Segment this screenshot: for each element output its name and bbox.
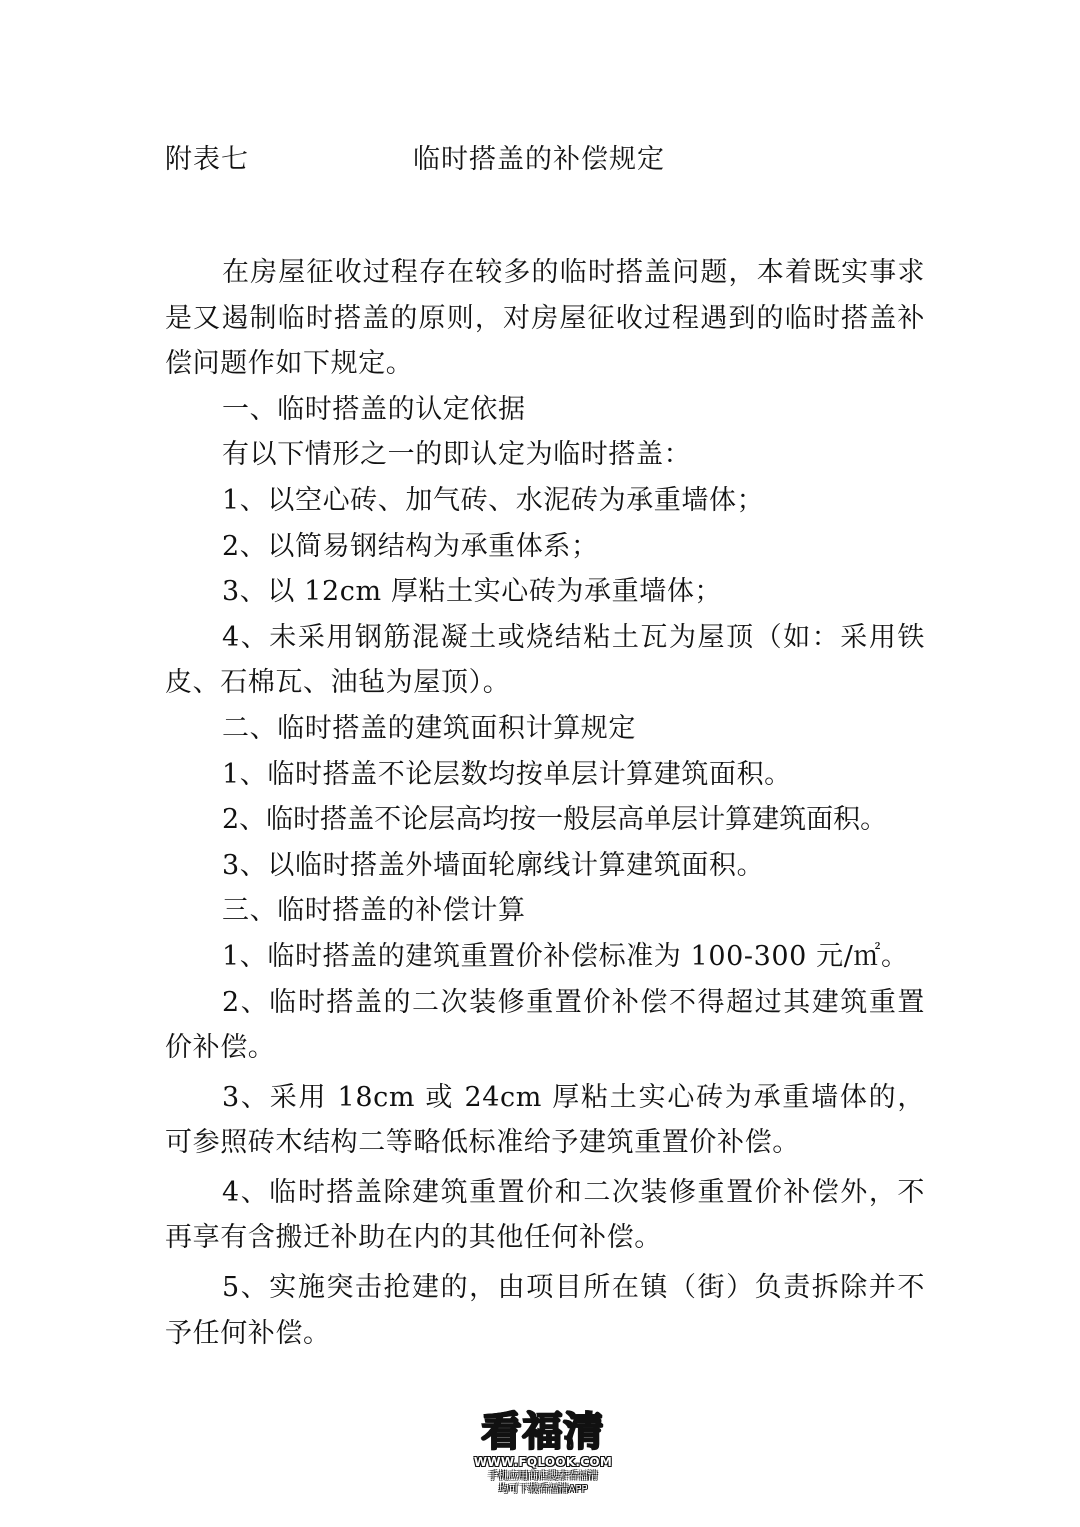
watermark-url: WWW.FQLOOK.COM xyxy=(468,1454,618,1470)
document-title: 临时搭盖的补偿规定 xyxy=(413,140,665,180)
section-heading-1: 一、临时搭盖的认定依据 xyxy=(165,387,925,433)
section-heading-3: 三、临时搭盖的补偿计算 xyxy=(165,888,925,934)
watermark-logo: 看福清 xyxy=(468,1410,618,1454)
section-1-item-4: 4、未采用钢筋混凝土或烧结粘土瓦为屋顶（如：采用铁皮、石棉瓦、油毡为屋顶）。 xyxy=(165,615,925,706)
document-header: 附表七 临时搭盖的补偿规定 xyxy=(165,140,925,180)
watermark-line-1: 手机应用商店搜索看福清 xyxy=(468,1470,618,1483)
section-1-item-3: 3、以 12cm 厚粘土实心砖为承重墙体； xyxy=(165,569,925,615)
document-body: 在房屋征收过程存在较多的临时搭盖问题，本着既实事求是又遏制临时搭盖的原则，对房屋… xyxy=(165,250,925,1356)
site-watermark: 看福清 WWW.FQLOOK.COM 手机应用商店搜索看福清 均可下载看福清AP… xyxy=(468,1410,618,1496)
section-3-item-2: 2、临时搭盖的二次装修重置价补偿不得超过其建筑重置价补偿。 xyxy=(165,980,925,1071)
section-2-item-1: 1、临时搭盖不论层数均按单层计算建筑面积。 xyxy=(165,752,925,798)
section-1-item-2: 2、以简易钢结构为承重体系； xyxy=(165,524,925,570)
section-heading-2: 二、临时搭盖的建筑面积计算规定 xyxy=(165,706,925,752)
appendix-label: 附表七 xyxy=(165,140,249,180)
document-page: 附表七 临时搭盖的补偿规定 在房屋征收过程存在较多的临时搭盖问题，本着既实事求是… xyxy=(0,0,1080,1527)
watermark-line-2: 均可下载看福清APP xyxy=(468,1483,618,1496)
intro-paragraph: 在房屋征收过程存在较多的临时搭盖问题，本着既实事求是又遏制临时搭盖的原则，对房屋… xyxy=(165,250,925,387)
section-1-item-1: 1、以空心砖、加气砖、水泥砖为承重墙体； xyxy=(165,478,925,524)
section-1-lead: 有以下情形之一的即认定为临时搭盖： xyxy=(165,432,925,478)
section-3-item-1: 1、临时搭盖的建筑重置价补偿标准为 100-300 元/㎡。 xyxy=(165,934,925,980)
section-2-item-2: 2、临时搭盖不论层高均按一般层高单层计算建筑面积。 xyxy=(165,797,925,843)
section-3-item-4: 4、临时搭盖除建筑重置价和二次装修重置价补偿外，不再享有含搬迁补助在内的其他任何… xyxy=(165,1170,925,1261)
section-3-item-5: 5、实施突击抢建的，由项目所在镇（街）负责拆除并不予任何补偿。 xyxy=(165,1265,925,1356)
section-2-item-3: 3、以临时搭盖外墙面轮廓线计算建筑面积。 xyxy=(165,843,925,889)
section-3-item-3: 3、采用 18cm 或 24cm 厚粘土实心砖为承重墙体的，可参照砖木结构二等略… xyxy=(165,1075,925,1166)
